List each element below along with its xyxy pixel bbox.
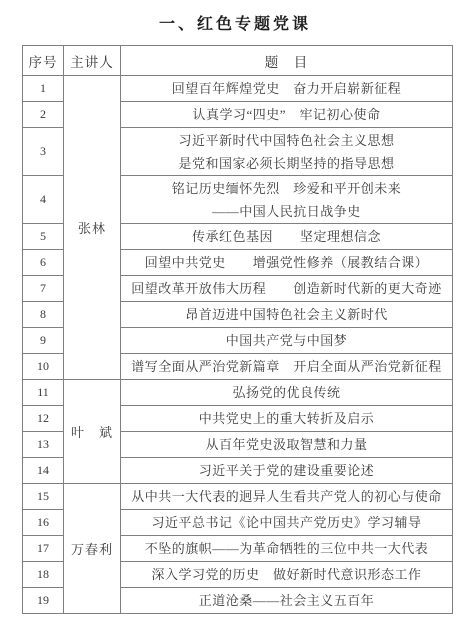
- topic-line: 铭记历史缅怀先烈 珍爱和平开创未来: [121, 177, 452, 200]
- topic-line: 习近平关于党的建设重要论述: [121, 459, 452, 482]
- row-number: 1: [23, 76, 64, 102]
- header-topic: 题 目: [121, 46, 453, 76]
- topic-cell: 中共党史上的重大转折及启示: [121, 406, 453, 432]
- topic-line: 习近平新时代中国特色社会主义思想: [121, 129, 452, 152]
- topic-line: 中国共产党与中国梦: [121, 329, 452, 352]
- topic-line: 回望百年辉煌党史 奋力开启崭新征程: [121, 77, 452, 100]
- row-number: 9: [23, 328, 64, 354]
- topic-cell: 中国共产党与中国梦: [121, 328, 453, 354]
- topic-cell: 不坠的旗帜——为革命牺牲的三位中共一大代表: [121, 536, 453, 562]
- topic-cell: 回望中共党史 增强党性修养（展教结合课）: [121, 250, 453, 276]
- topic-cell: 传承红色基因 坚定理想信念: [121, 224, 453, 250]
- topic-cell: 谱写全面从严治党新篇章 开启全面从严治党新征程: [121, 354, 453, 380]
- topic-line: 是党和国家必须长期坚持的指导思想: [121, 152, 452, 175]
- row-number: 2: [23, 102, 64, 128]
- row-number: 7: [23, 276, 64, 302]
- row-number: 17: [23, 536, 64, 562]
- document-page: 一、红色专题党课 序号 主讲人 题 目 1张林回望百年辉煌党史 奋力开启崭新征程…: [0, 0, 470, 628]
- topic-cell: 回望百年辉煌党史 奋力开启崭新征程: [121, 76, 453, 102]
- topic-cell: 深入学习党的历史 做好新时代意识形态工作: [121, 562, 453, 588]
- row-number: 12: [23, 406, 64, 432]
- topic-cell: 习近平总书记《论中国共产党历史》学习辅导: [121, 510, 453, 536]
- topic-cell: 习近平关于党的建设重要论述: [121, 458, 453, 484]
- topic-line: 从中共一大代表的迥异人生看共产党人的初心与使命: [121, 485, 452, 508]
- page-title: 一、红色专题党课: [0, 11, 470, 34]
- table-body: 1张林回望百年辉煌党史 奋力开启崭新征程2认真学习“四史” 牢记初心使命3习近平…: [23, 76, 453, 614]
- topic-line: 习近平总书记《论中国共产党历史》学习辅导: [121, 511, 452, 534]
- topic-line: 不坠的旗帜——为革命牺牲的三位中共一大代表: [121, 537, 452, 560]
- topic-cell: 正道沧桑——社会主义五百年: [121, 588, 453, 614]
- header-number: 序号: [23, 46, 64, 76]
- row-number: 15: [23, 484, 64, 510]
- topic-line: 回望改革开放伟大历程 创造新时代新的更大奇迹: [121, 277, 452, 300]
- topic-line: 回望中共党史 增强党性修养（展教结合课）: [121, 251, 452, 274]
- topic-cell: 昂首迈进中国特色社会主义新时代: [121, 302, 453, 328]
- topic-cell: 从中共一大代表的迥异人生看共产党人的初心与使命: [121, 484, 453, 510]
- topic-cell: 从百年党史汲取智慧和力量: [121, 432, 453, 458]
- topic-cell: 认真学习“四史” 牢记初心使命: [121, 102, 453, 128]
- table-header-row: 序号 主讲人 题 目: [23, 46, 453, 76]
- row-number: 8: [23, 302, 64, 328]
- row-number: 13: [23, 432, 64, 458]
- topic-line: 昂首迈进中国特色社会主义新时代: [121, 303, 452, 326]
- topic-line: 从百年党史汲取智慧和力量: [121, 433, 452, 456]
- header-speaker: 主讲人: [64, 46, 121, 76]
- row-number: 4: [23, 176, 64, 224]
- topic-line: ——中国人民抗日战争史: [121, 200, 452, 223]
- speaker-name: 万春利: [64, 484, 121, 614]
- topic-line: 深入学习党的历史 做好新时代意识形态工作: [121, 563, 452, 586]
- row-number: 19: [23, 588, 64, 614]
- row-number: 10: [23, 354, 64, 380]
- speaker-name: 张林: [64, 76, 121, 380]
- row-number: 16: [23, 510, 64, 536]
- topic-line: 传承红色基因 坚定理想信念: [121, 225, 452, 248]
- topic-line: 正道沧桑——社会主义五百年: [121, 589, 452, 612]
- topic-line: 弘扬党的优良传统: [121, 381, 452, 404]
- row-number: 6: [23, 250, 64, 276]
- row-number: 5: [23, 224, 64, 250]
- topic-cell: 习近平新时代中国特色社会主义思想是党和国家必须长期坚持的指导思想: [121, 128, 453, 176]
- topic-line: 认真学习“四史” 牢记初心使命: [121, 103, 452, 126]
- row-number: 3: [23, 128, 64, 176]
- row-number: 18: [23, 562, 64, 588]
- topic-cell: 弘扬党的优良传统: [121, 380, 453, 406]
- lecture-table: 序号 主讲人 题 目 1张林回望百年辉煌党史 奋力开启崭新征程2认真学习“四史”…: [22, 45, 453, 614]
- topic-cell: 回望改革开放伟大历程 创造新时代新的更大奇迹: [121, 276, 453, 302]
- row-number: 11: [23, 380, 64, 406]
- topic-line: 谱写全面从严治党新篇章 开启全面从严治党新征程: [121, 355, 452, 378]
- topic-cell: 铭记历史缅怀先烈 珍爱和平开创未来——中国人民抗日战争史: [121, 176, 453, 224]
- table-row: 1张林回望百年辉煌党史 奋力开启崭新征程: [23, 76, 453, 102]
- topic-line: 中共党史上的重大转折及启示: [121, 407, 452, 430]
- table-row: 11叶 斌弘扬党的优良传统: [23, 380, 453, 406]
- table-row: 15万春利从中共一大代表的迥异人生看共产党人的初心与使命: [23, 484, 453, 510]
- speaker-name: 叶 斌: [64, 380, 121, 484]
- row-number: 14: [23, 458, 64, 484]
